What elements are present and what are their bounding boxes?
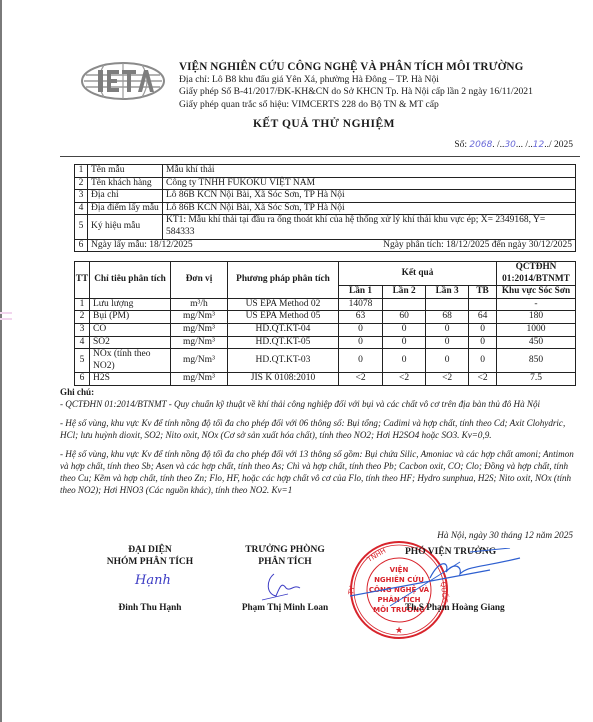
cell-unit: m³/h — [171, 298, 228, 311]
header-tt: TT — [75, 262, 90, 299]
cell-method: JIS K 0108:2010 — [228, 373, 339, 386]
table-row: 5 NOx (tính theo NO2) mg/Nm³ HD.QT.KT-03… — [75, 349, 576, 373]
cell-run3: 0 — [426, 349, 469, 373]
cell-tt: 1 — [75, 298, 90, 311]
doc-number-year: / 2025 — [549, 140, 573, 150]
organization-license: Giấy phép Số B-41/2017/ĐK-KH&CN do Sở KH… — [179, 86, 533, 99]
cell-run3: 68 — [426, 311, 469, 324]
cell-run2: 0 — [383, 349, 426, 373]
info-key: Địa điểm lấy mẫu — [88, 202, 163, 215]
cell-unit: mg/Nm³ — [171, 373, 228, 386]
header-param: Chỉ tiêu phân tích — [90, 262, 171, 299]
handwritten-signature — [350, 548, 530, 608]
header-avg: TB — [469, 286, 497, 299]
cell-unit: mg/Nm³ — [171, 323, 228, 336]
info-key: Ký hiệu mẫu — [88, 215, 163, 239]
svg-text:★: ★ — [395, 625, 403, 635]
cell-limit: 1000 — [497, 323, 576, 336]
info-row: 2 Tên khách hàng Công ty TNHH FUKOKU VIỆ… — [75, 177, 576, 190]
cell-limit: 450 — [497, 336, 576, 349]
page-left-border — [0, 0, 2, 722]
info-index: 3 — [75, 190, 88, 203]
cell-param: NOx (tính theo NO2) — [90, 349, 171, 373]
cell-run2: 0 — [383, 336, 426, 349]
cell-limit: - — [497, 298, 576, 311]
cell-avg: 0 — [469, 336, 497, 349]
cell-method: US EPA Method 02 — [228, 298, 339, 311]
notes-section: Ghi chú: - QCTĐHN 01:2014/BTNMT - Quy ch… — [60, 386, 580, 503]
cell-tt: 3 — [75, 323, 90, 336]
cell-run1: 0 — [339, 323, 383, 336]
header-run1: Lần 1 — [339, 286, 383, 299]
note-item: - Hệ số vùng, khu vực Kv để tính nồng độ… — [60, 417, 580, 441]
sampling-date: Ngày lấy mẫu: 18/12/2025 — [91, 240, 193, 250]
cell-run1: <2 — [339, 373, 383, 386]
cell-param: CO — [90, 323, 171, 336]
cell-run1: 0 — [339, 349, 383, 373]
info-row: 1 Tên mẫu Mẫu khí thải — [75, 165, 576, 178]
signature-title-line: PHÂN TÍCH — [230, 556, 340, 568]
header-run3: Lần 3 — [426, 286, 469, 299]
info-key: Địa chỉ — [88, 190, 163, 203]
note-item: - Hệ số vùng, khu vực Kv để tính nồng độ… — [60, 448, 580, 496]
cell-method: US EPA Method 05 — [228, 311, 339, 324]
institute-header: VIỆN NGHIÊN CỨU CÔNG NGHỆ VÀ PHÂN TÍCH M… — [179, 61, 533, 111]
cell-tt: 4 — [75, 336, 90, 349]
cell-run1: 63 — [339, 311, 383, 324]
header-unit: Đơn vị — [171, 262, 228, 299]
cell-limit: 850 — [497, 349, 576, 373]
header-area: Khu vực Sóc Sơn — [497, 286, 576, 299]
cell-param: H2S — [90, 373, 171, 386]
table-row: 4 SO2 mg/Nm³ HD.QT.KT-05 0 0 0 0 450 — [75, 336, 576, 349]
info-value: KT1: Mẫu khí thải tại đầu ra ống thoát k… — [163, 215, 576, 239]
analysis-date: Ngày phân tích: 18/12/2025 đến ngày 30/1… — [383, 240, 572, 252]
cell-method: HD.QT.KT-03 — [228, 349, 339, 373]
notes-heading: Ghi chú: — [60, 386, 580, 398]
cell-limit: 7.5 — [497, 373, 576, 386]
cell-tt: 6 — [75, 373, 90, 386]
margin-mark — [0, 318, 12, 320]
divider — [60, 156, 580, 157]
cell-avg: 0 — [469, 323, 497, 336]
cell-run1: 14078 — [339, 298, 383, 311]
table-row: 1 Lưu lượng m³/h US EPA Method 02 14078 … — [75, 298, 576, 311]
info-index: 2 — [75, 177, 88, 190]
info-index: 4 — [75, 202, 88, 215]
organization-address: Địa chỉ: Lô B8 khu đấu giá Yên Xá, phườn… — [179, 74, 533, 87]
cell-avg: 64 — [469, 311, 497, 324]
doc-number-label: Số: — [454, 140, 467, 150]
info-index: 1 — [75, 165, 88, 178]
cell-avg: <2 — [469, 373, 497, 386]
cell-run2: 60 — [383, 311, 426, 324]
signature-title-line: ĐẠI DIỆN — [85, 544, 215, 556]
cell-param: SO2 — [90, 336, 171, 349]
doc-number-part2: 30 — [504, 140, 515, 150]
info-value: Mẫu khí thải — [163, 165, 576, 178]
cell-run1: 0 — [339, 336, 383, 349]
signature-title-line: TRƯỞNG PHÒNG — [230, 544, 340, 556]
cell-run2: <2 — [383, 373, 426, 386]
cell-method: HD.QT.KT-04 — [228, 323, 339, 336]
signature-title-analysis-group: ĐẠI DIỆN NHÓM PHÂN TÍCH — [85, 544, 215, 568]
signature-title-line: NHÓM PHÂN TÍCH — [85, 556, 215, 568]
table-row: 3 CO mg/Nm³ HD.QT.KT-04 0 0 0 0 1000 — [75, 323, 576, 336]
sample-info-table: 1 Tên mẫu Mẫu khí thải2 Tên khách hàng C… — [74, 164, 576, 252]
table-row: 2 Bụi (PM) mg/Nm³ US EPA Method 05 63 60… — [75, 311, 576, 324]
monitoring-license: Giấy phép quan trắc số hiệu: VIMCERTS 22… — [179, 99, 533, 112]
cell-limit: 180 — [497, 311, 576, 324]
organization-name: VIỆN NGHIÊN CỨU CÔNG NGHỆ VÀ PHÂN TÍCH M… — [179, 61, 533, 74]
info-value: Lô 86B KCN Nội Bài, Xã Sóc Sơn, TP Hà Nộ… — [163, 202, 576, 215]
info-dates-cell: Ngày lấy mẫu: 18/12/2025 Ngày phân tích:… — [88, 239, 576, 252]
cell-avg — [469, 298, 497, 311]
header-method: Phương pháp phân tích — [228, 262, 339, 299]
info-row: 4 Địa điểm lấy mẫu Lô 86B KCN Nội Bài, X… — [75, 202, 576, 215]
info-key: Tên mẫu — [88, 165, 163, 178]
signer-name: Đinh Thu Hạnh — [85, 603, 215, 613]
note-item: - QCTĐHN 01:2014/BTNMT - Quy chuẩn kỹ th… — [60, 398, 580, 410]
info-index: 5 — [75, 215, 88, 239]
signer-name: Th.S Phạm Hoàng Giang — [405, 603, 545, 613]
doc-number-part3: 12 — [533, 140, 544, 150]
cell-avg: 0 — [469, 349, 497, 373]
cell-unit: mg/Nm³ — [171, 349, 228, 373]
institute-logo — [80, 61, 166, 101]
cell-run3: 0 — [426, 323, 469, 336]
cell-run3: 0 — [426, 336, 469, 349]
handwritten-signature: Hạnh — [135, 573, 171, 588]
info-row: 5 Ký hiệu mẫu KT1: Mẫu khí thải tại đầu … — [75, 215, 576, 239]
cell-run3: <2 — [426, 373, 469, 386]
cell-tt: 5 — [75, 349, 90, 373]
header-run2: Lần 2 — [383, 286, 426, 299]
info-key: Tên khách hàng — [88, 177, 163, 190]
header-standard: QCTĐHN 01:2014/BTNMT — [497, 262, 576, 286]
header-result: Kết quả — [339, 262, 497, 286]
signature-title-department-head: TRƯỞNG PHÒNG PHÂN TÍCH — [230, 544, 340, 568]
cell-run2: 0 — [383, 323, 426, 336]
cell-unit: mg/Nm³ — [171, 311, 228, 324]
info-row: 3 Địa chỉ Lô 86B KCN Nội Bài, Xã Sóc Sơn… — [75, 190, 576, 203]
document-title: KẾT QUẢ THỬ NGHIỆM — [0, 118, 593, 130]
document-number: Số: 2068. /..30... /..12../ 2025 — [454, 140, 573, 150]
cell-tt: 2 — [75, 311, 90, 324]
table-row: 6 H2S mg/Nm³ JIS K 0108:2010 <2 <2 <2 <2… — [75, 373, 576, 386]
cell-unit: mg/Nm³ — [171, 336, 228, 349]
cell-param: Bụi (PM) — [90, 311, 171, 324]
cell-method: HD.QT.KT-05 — [228, 336, 339, 349]
info-value: Lô 86B KCN Nội Bài, Xã Sóc Sơn, TP Hà Nộ… — [163, 190, 576, 203]
margin-mark — [0, 312, 12, 314]
place-date: Hà Nội, ngày 30 tháng 12 năm 2025 — [437, 531, 573, 541]
handwritten-signature — [258, 572, 308, 602]
cell-run3 — [426, 298, 469, 311]
doc-number-part1: 2068 — [469, 140, 492, 150]
results-table: TT Chỉ tiêu phân tích Đơn vị Phương pháp… — [74, 261, 576, 386]
cell-run2 — [383, 298, 426, 311]
cell-param: Lưu lượng — [90, 298, 171, 311]
info-index: 6 — [75, 239, 88, 252]
signer-name: Phạm Thị Minh Loan — [215, 603, 355, 613]
info-row-dates: 6 Ngày lấy mẫu: 18/12/2025 Ngày phân tíc… — [75, 239, 576, 252]
info-value: Công ty TNHH FUKOKU VIỆT NAM — [163, 177, 576, 190]
